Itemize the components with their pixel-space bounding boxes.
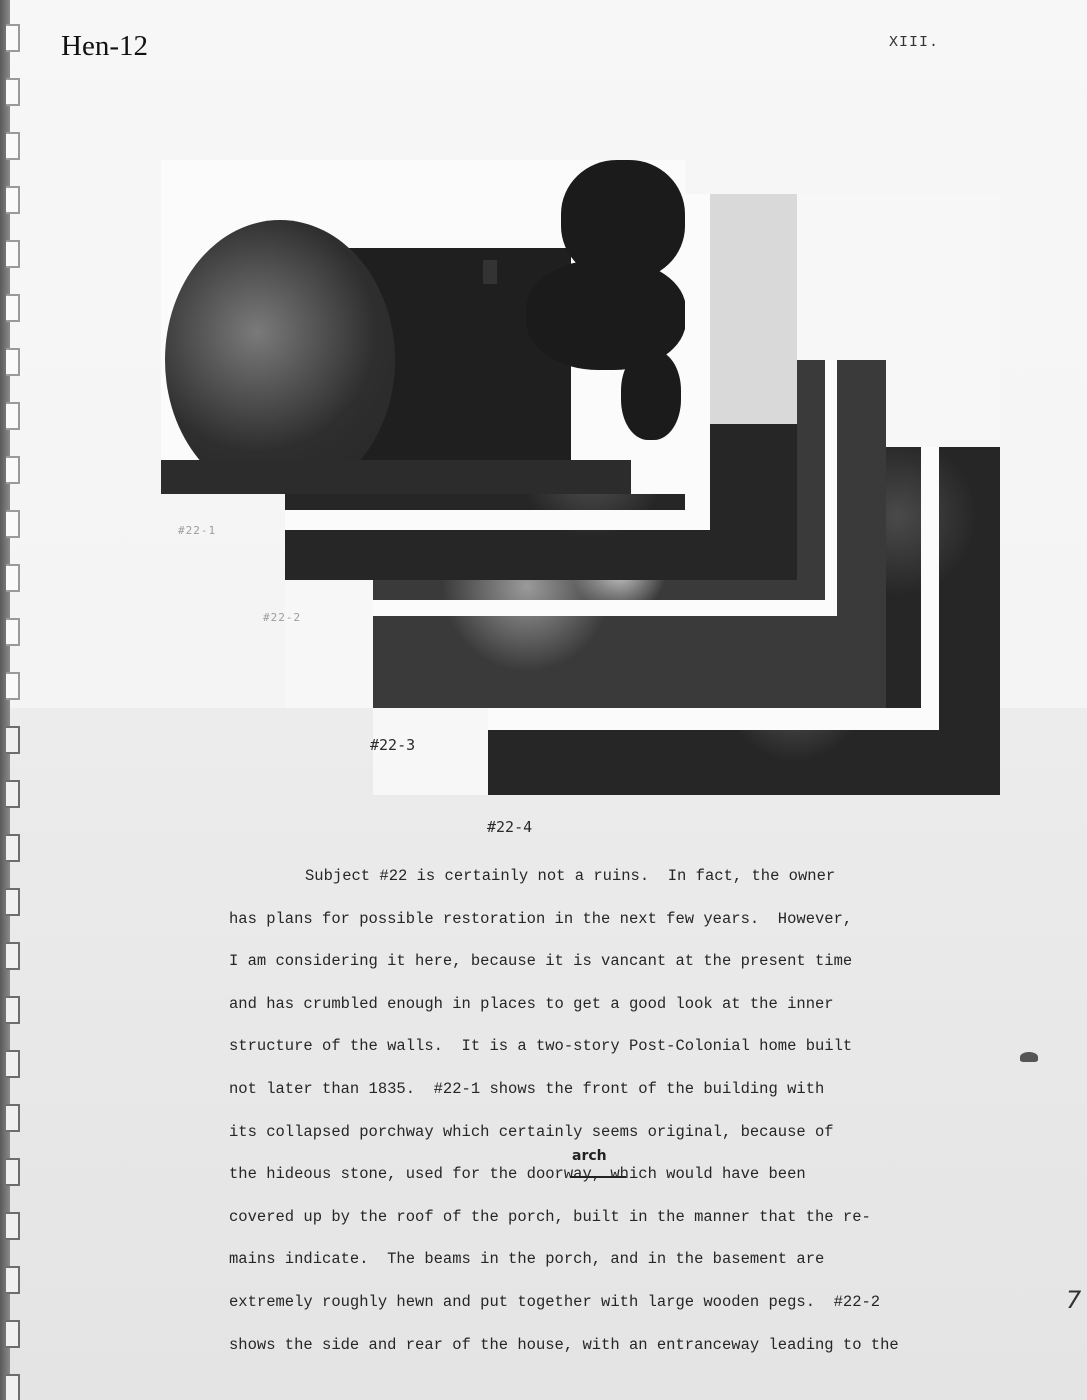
print-border <box>797 194 1000 360</box>
binding-hole <box>6 186 20 214</box>
text-line: covered up by the roof of the porch, bui… <box>229 1199 1029 1242</box>
binding-hole <box>6 618 20 646</box>
binding-hole <box>6 456 20 484</box>
photo-22-1-print <box>161 160 685 494</box>
photo-22-4-inner-border <box>921 447 939 730</box>
text-line: not later than 1835. #22-1 shows the fro… <box>229 1071 1029 1114</box>
binding-hole <box>6 1374 20 1400</box>
binding-hole <box>6 132 20 160</box>
binding-hole <box>6 942 20 970</box>
figure-label-22-3: #22-3 <box>370 736 415 754</box>
binding-hole <box>6 564 20 592</box>
binding-hole <box>6 1050 20 1078</box>
text-line: and has crumbled enough in places to get… <box>229 986 1029 1029</box>
binding-hole <box>6 240 20 268</box>
page-number: XIII. <box>889 34 939 51</box>
text-line: Subject #22 is certainly not a ruins. In… <box>229 858 1029 901</box>
photo-22-4-inner-border <box>488 708 921 730</box>
text-line: I am considering it here, because it is … <box>229 943 1029 986</box>
text-line: its collapsed porchway which certainly s… <box>229 1114 1029 1157</box>
bush <box>165 220 395 494</box>
smudge-mark <box>1020 1052 1038 1062</box>
tree-canopy <box>621 350 681 440</box>
photo-22-1 <box>161 160 685 494</box>
handwritten-margin-mark: 7 <box>1066 1286 1081 1314</box>
binding-hole <box>6 24 20 52</box>
print-border <box>886 360 1000 447</box>
text-line: structure of the walls. It is a two-stor… <box>229 1028 1029 1071</box>
binding-hole <box>6 1104 20 1132</box>
binding-hole <box>6 1212 20 1240</box>
binding-hole <box>6 1158 20 1186</box>
binding-hole <box>6 834 20 862</box>
document-id: Hen-12 <box>61 30 148 63</box>
figure-label-22-1: #22-1 <box>178 524 216 537</box>
print-border <box>285 580 373 708</box>
binding-hole <box>6 1320 20 1348</box>
binding-hole <box>6 402 20 430</box>
binding-hole <box>6 996 20 1024</box>
binding-hole <box>6 672 20 700</box>
photo-22-2-inner-border <box>685 194 710 530</box>
binding-hole <box>6 78 20 106</box>
figure-label-22-4: #22-4 <box>487 818 532 836</box>
photo-22-3-inner-border <box>373 600 825 616</box>
chimney <box>483 260 497 284</box>
binding-hole <box>6 510 20 538</box>
binding-hole <box>6 888 20 916</box>
body-text: Subject #22 is certainly not a ruins. In… <box>229 858 1029 1369</box>
strikethrough-mark <box>570 1176 626 1178</box>
binding-hole <box>6 780 20 808</box>
text-line-with-correction: the hideous stone, used for the doorway,… <box>229 1156 1029 1199</box>
binding-hole <box>6 1266 20 1294</box>
binding-hole <box>6 726 20 754</box>
binding-hole <box>6 348 20 376</box>
photo-22-3-inner-border <box>825 360 837 616</box>
ground <box>161 460 631 494</box>
text-line: has plans for possible restoration in th… <box>229 901 1029 944</box>
handwritten-insertion: arch <box>572 1148 607 1164</box>
text-line: shows the side and rear of the house, wi… <box>229 1327 1029 1370</box>
text-line: extremely roughly hewn and put together … <box>229 1284 1029 1327</box>
binding-hole <box>6 294 20 322</box>
figure-label-22-2: #22-2 <box>263 611 301 624</box>
photo-22-2-inner-border <box>285 510 710 530</box>
text-line: mains indicate. The beams in the porch, … <box>229 1241 1029 1284</box>
